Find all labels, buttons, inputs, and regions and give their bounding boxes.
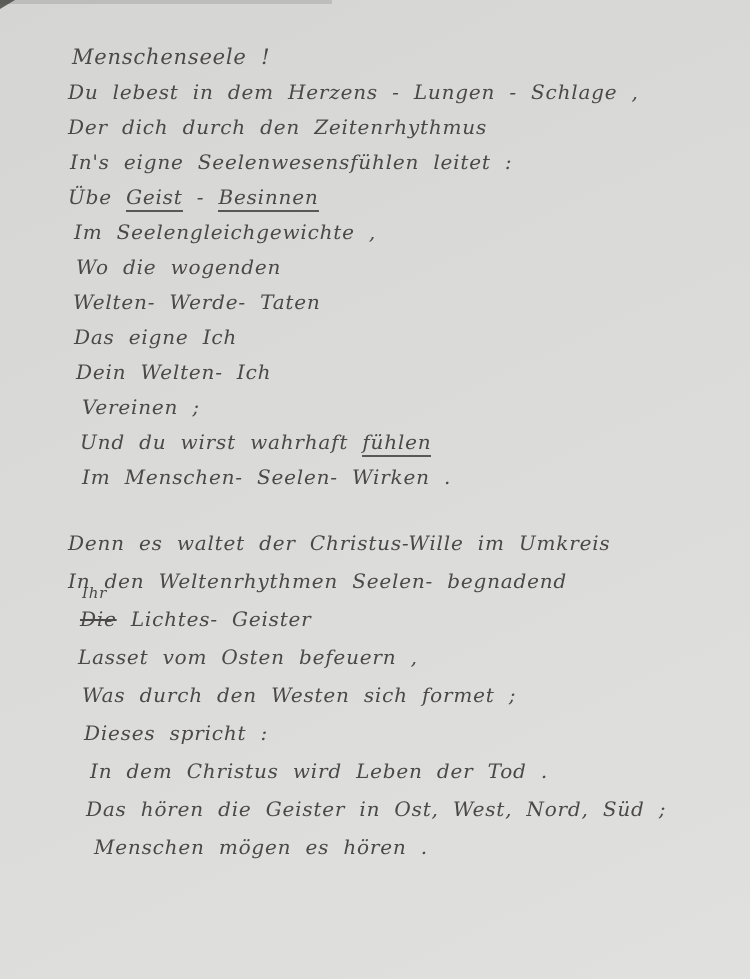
text-segment: Der dich durch den Zeitenrhythmus	[68, 115, 487, 139]
text-segment: Vereinen ;	[82, 395, 200, 419]
manuscript-line: In's eigne Seelenwesensfühlen leitet :	[68, 145, 720, 180]
manuscript-line: Welten- Werde- Taten	[68, 285, 720, 320]
manuscript-line: In dem Christus wird Leben der Tod .	[68, 752, 720, 790]
manuscript-line: Dein Welten- Ich	[68, 355, 720, 390]
manuscript-line: Dieses spricht :	[68, 714, 720, 752]
text-segment: Dieses spricht :	[84, 721, 268, 745]
text-segment: Lichtes- Geister	[117, 607, 312, 631]
scan-corner-artifact	[0, 0, 15, 9]
text-segment: Wo die wogenden	[76, 255, 281, 279]
text-segment: Denn es waltet der Christus-Wille im Umk…	[68, 531, 610, 555]
text-segment: Das eigne Ich	[74, 325, 237, 349]
manuscript-line: IhrDie Lichtes- Geister	[68, 600, 720, 638]
manuscript-line: In den Weltenrhythmen Seelen- begnadend	[68, 562, 720, 600]
manuscript-line: Vereinen ;	[68, 390, 720, 425]
manuscript-line: Im Seelengleichgewichte ,	[68, 215, 720, 250]
text-segment: In den Weltenrhythmen Seelen- begnadend	[68, 569, 567, 593]
text-segment: In dem Christus wird Leben der Tod .	[90, 759, 548, 783]
text-segment: Besinnen	[218, 185, 318, 212]
text-segment: In's eigne Seelenwesensfühlen leitet :	[70, 150, 512, 174]
manuscript-line: Du lebest in dem Herzens - Lungen - Schl…	[68, 75, 720, 110]
manuscript-line: Der dich durch den Zeitenrhythmus	[68, 110, 720, 145]
scan-edge-artifact	[0, 0, 332, 4]
text-segment: Geist	[126, 185, 183, 212]
manuscript-line: Wo die wogenden	[68, 250, 720, 285]
stanza-soul-exercise: Menschenseele !Du lebest in dem Herzens …	[68, 40, 720, 495]
stanza-christus-wille: Denn es waltet der Christus-Wille im Umk…	[68, 524, 720, 866]
text-segment: fühlen	[362, 430, 431, 457]
text-segment: Was durch den Westen sich formet ;	[82, 683, 516, 707]
manuscript-line: Und du wirst wahrhaft fühlen	[68, 425, 720, 460]
scanned-manuscript-page: Menschenseele !Du lebest in dem Herzens …	[0, 0, 750, 979]
manuscript-line: Denn es waltet der Christus-Wille im Umk…	[68, 524, 720, 562]
text-segment: Im Menschen- Seelen- Wirken .	[82, 465, 451, 489]
text-segment: Du lebest in dem Herzens - Lungen - Schl…	[68, 80, 639, 104]
corrected-word: IhrDie	[80, 600, 117, 638]
inserted-word: Ihr	[82, 586, 107, 600]
text-segment: Übe	[68, 185, 126, 209]
manuscript-line: Was durch den Westen sich formet ;	[68, 676, 720, 714]
manuscript-line: Im Menschen- Seelen- Wirken .	[68, 460, 720, 495]
text-segment: Dein Welten- Ich	[76, 360, 271, 384]
text-segment: Das hören die Geister in Ost, West, Nord…	[86, 797, 666, 821]
text-segment: Menschen mögen es hören .	[94, 835, 428, 859]
text-segment: Im Seelengleichgewichte ,	[74, 220, 376, 244]
text-segment: Menschenseele !	[72, 45, 270, 69]
text-segment: Und du wirst wahrhaft	[80, 430, 362, 454]
title-line: Menschenseele !	[68, 40, 720, 75]
text-segment: Lasset vom Osten befeuern ,	[78, 645, 418, 669]
text-segment: Welten- Werde- Taten	[73, 290, 321, 314]
text-segment: -	[183, 185, 219, 209]
manuscript-line: Menschen mögen es hören .	[68, 828, 720, 866]
manuscript-line: Übe Geist - Besinnen	[68, 180, 720, 215]
manuscript-line: Lasset vom Osten befeuern ,	[68, 638, 720, 676]
manuscript-line: Das hören die Geister in Ost, West, Nord…	[68, 790, 720, 828]
manuscript-line: Das eigne Ich	[68, 320, 720, 355]
struck-out-word: Die	[80, 607, 117, 631]
